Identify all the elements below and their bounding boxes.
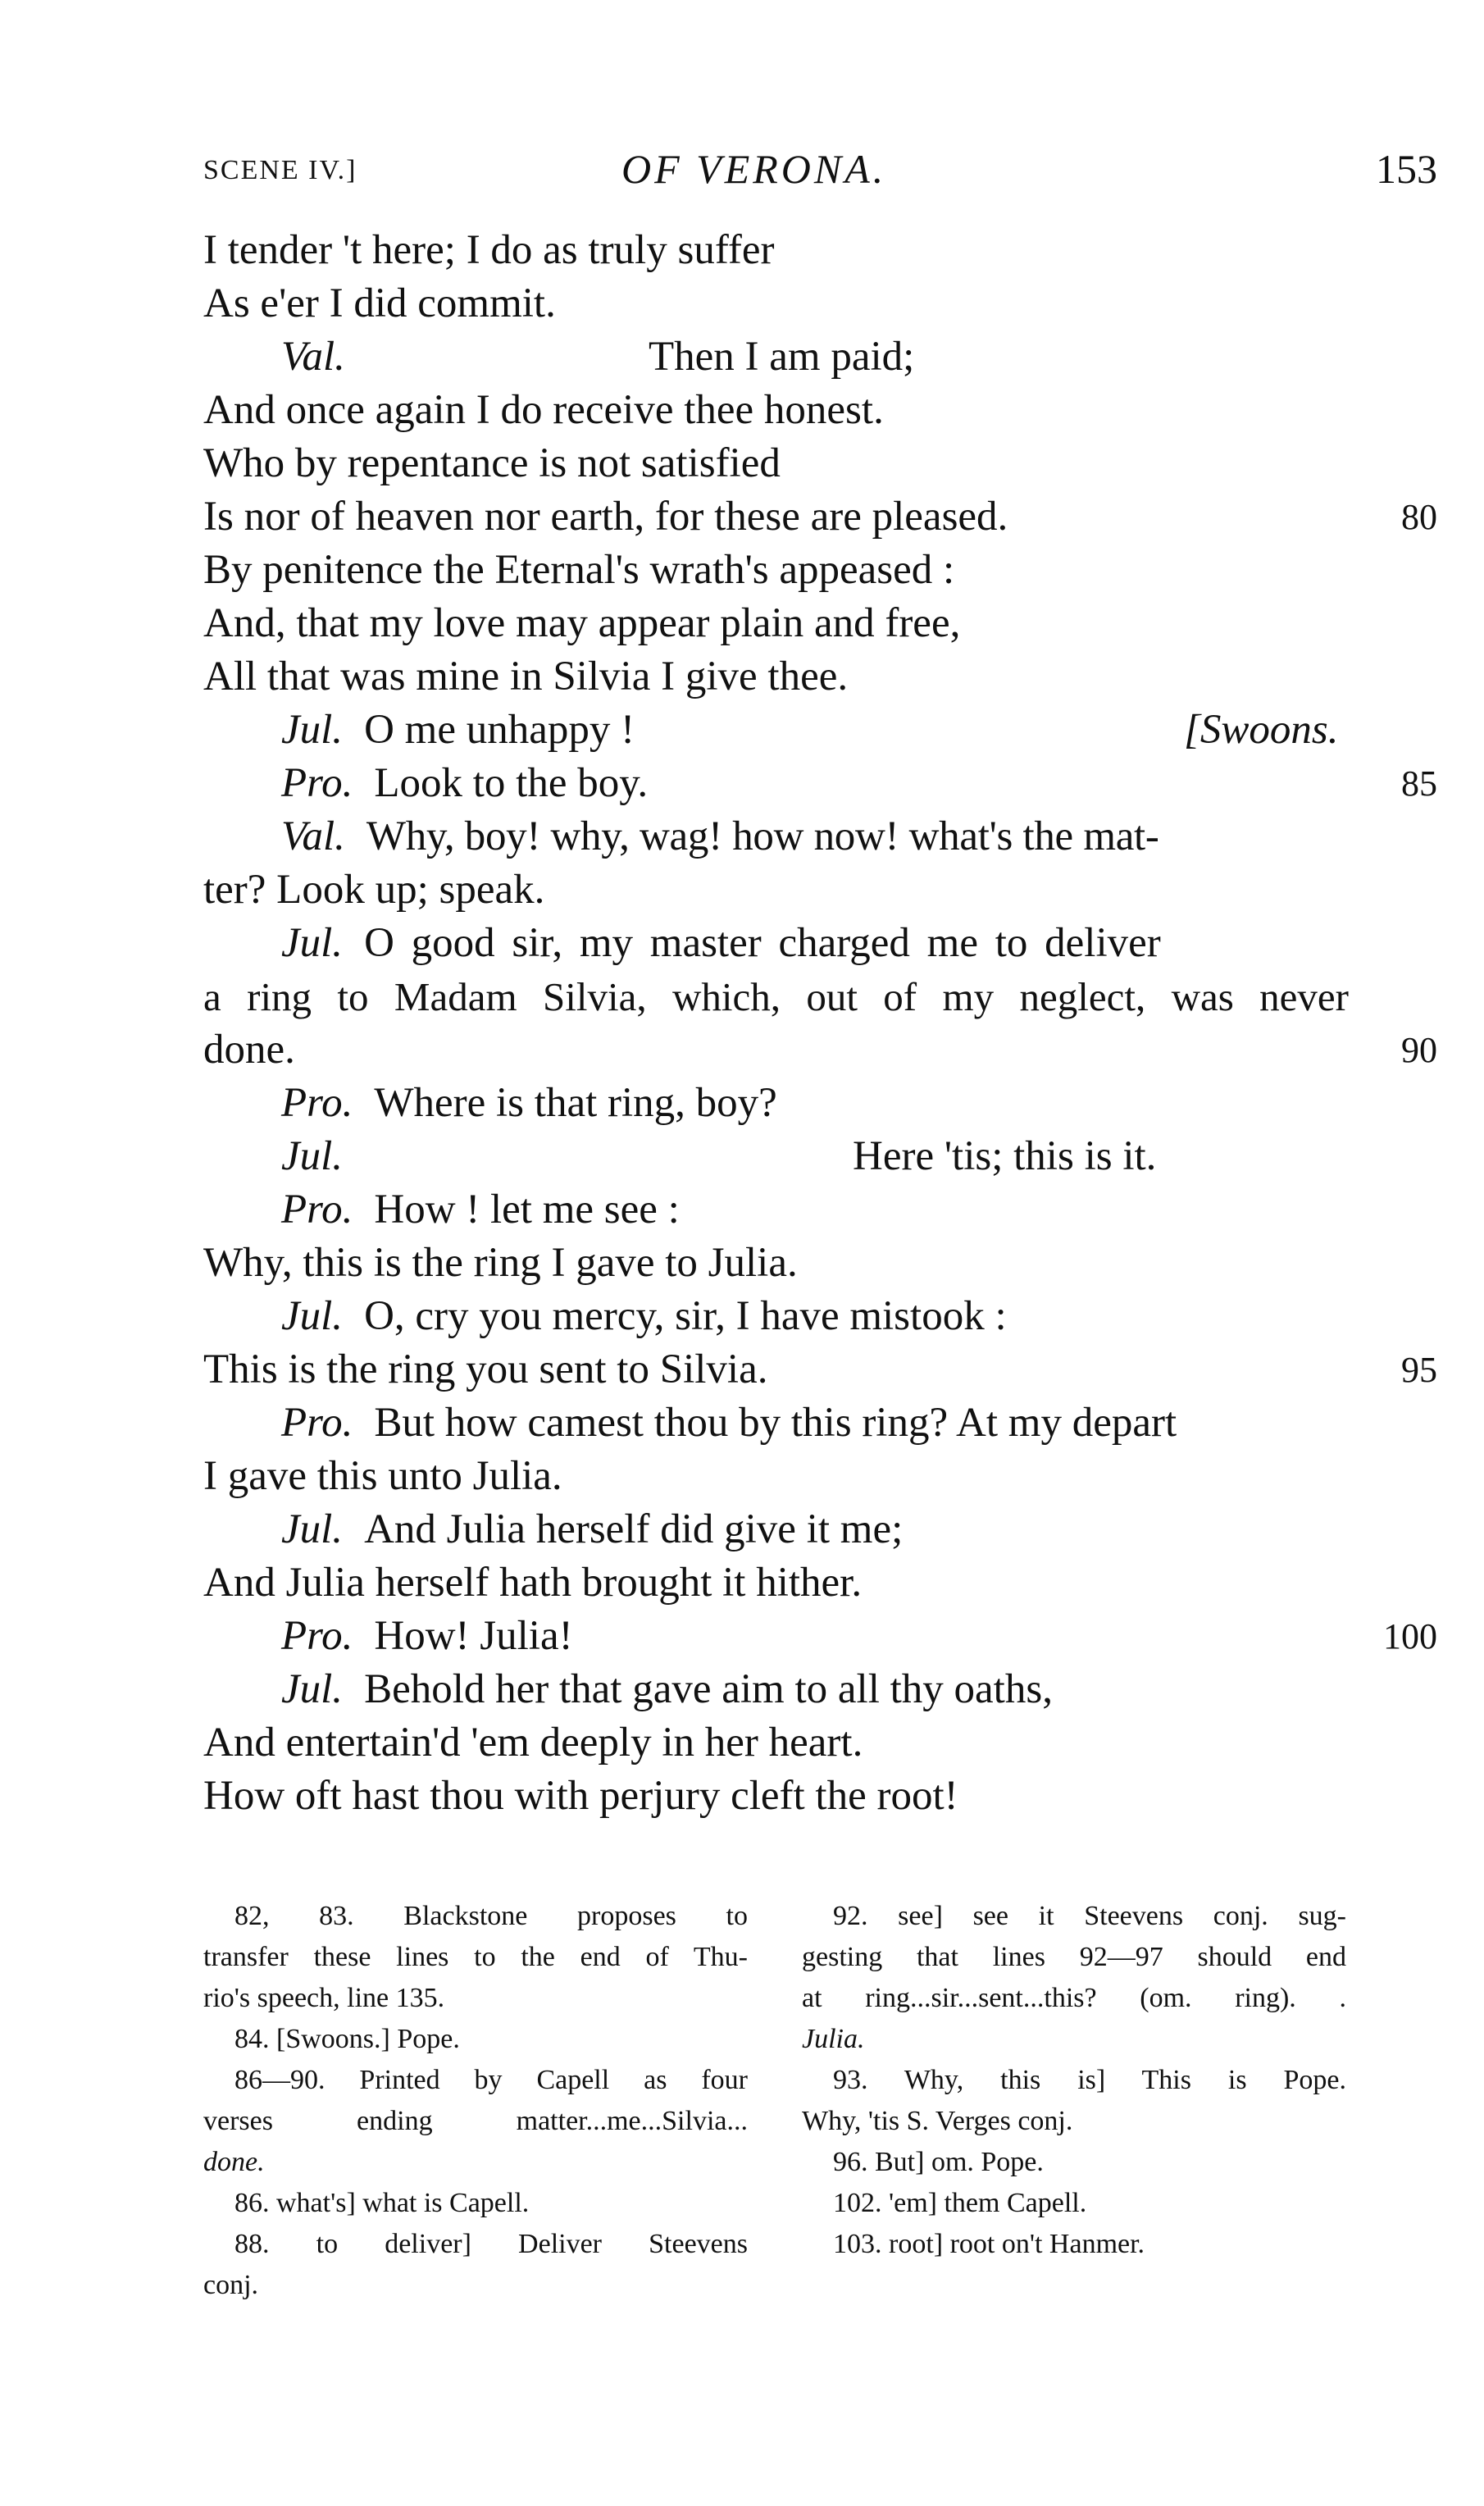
speaker-name: Pro. xyxy=(281,1397,353,1450)
verse-line-text: And entertain'd 'em deeply in her heart. xyxy=(203,1720,863,1766)
verse-line-text: But how camest thou by this ring? At my … xyxy=(374,1400,1177,1446)
verse-line-text: Why, boy! why, wag! how now! what's the … xyxy=(366,813,1159,859)
footnote-line: 92. see] see it Steevens conj. sug- xyxy=(802,1896,1346,1937)
verse-line-text: O, cry you mercy, sir, I have mistook : xyxy=(364,1293,1007,1339)
verse-line-text: I gave this unto Julia. xyxy=(203,1453,562,1499)
verse-line-text: And, that my love may appear plain and f… xyxy=(203,600,960,646)
verse-line-text: This is the ring you sent to Silvia. xyxy=(203,1346,767,1392)
footnote-line: 103. root] root on't Hanmer. xyxy=(802,2224,1346,2265)
speaker-name: Pro. xyxy=(281,1610,353,1663)
verse-line: Is nor of heaven nor earth, for these ar… xyxy=(203,490,1351,544)
verse-line-text: O good sir, my master charged me to deli… xyxy=(364,920,1161,966)
verse-line: Pro.But how camest thou by this ring? At… xyxy=(203,1397,1351,1450)
verse-line: Jul.O, cry you mercy, sir, I have mistoo… xyxy=(203,1290,1351,1343)
footnote-line: 82, 83. Blackstone proposes to xyxy=(203,1896,748,1937)
verse-line: a ring to Madam Silvia, which, out of my… xyxy=(203,970,1351,1023)
verse-line: Who by repentance is not satisfied xyxy=(203,437,1351,490)
speaker-name: Val. xyxy=(281,810,345,863)
speaker-name: Pro. xyxy=(281,757,353,810)
verse-line: Jul.Behold her that gave aim to all thy … xyxy=(203,1663,1351,1716)
verse-line: And Julia herself hath brought it hither… xyxy=(203,1556,1351,1610)
verse-line: Jul.And Julia herself did give it me; xyxy=(203,1503,1351,1556)
footnote-line: 86—90. Printed by Capell as four xyxy=(203,2060,748,2101)
page-number: 153 xyxy=(1376,146,1437,192)
footnote-line: 96. But] om. Pope. xyxy=(802,2142,1346,2183)
verse-line: Pro.Where is that ring, boy? xyxy=(203,1077,1351,1130)
verse-line-text: Is nor of heaven nor earth, for these ar… xyxy=(203,494,1008,540)
stage-direction: [Swoons. xyxy=(1184,704,1338,757)
verse-line: done. xyxy=(203,1023,1351,1077)
verse-line: Pro.How! Julia! xyxy=(203,1610,1351,1663)
verse-line-text: All that was mine in Silvia I give thee. xyxy=(203,654,848,699)
speaker-name: Jul. xyxy=(281,1290,343,1343)
footnote-line: Why, 'tis S. Verges conj. xyxy=(802,2101,1346,2142)
footnote-line: 88. to deliver] Deliver Steevens xyxy=(203,2224,748,2265)
verse-line: Jul.O me unhappy ![Swoons. xyxy=(203,704,1351,757)
verse-line: How oft hast thou with perjury cleft the… xyxy=(203,1770,1351,1823)
speaker-name: Jul. xyxy=(281,917,343,970)
verse-line: Pro.How ! let me see : xyxy=(203,1183,1351,1237)
line-number: 95 xyxy=(1401,1343,1437,1397)
verse-line-text: a ring to Madam Silvia, which, out of my… xyxy=(203,970,1349,1023)
verse-line: Jul.Here 'tis; this is it. xyxy=(203,1130,1351,1183)
verse-line-text: How oft hast thou with perjury cleft the… xyxy=(203,1773,958,1819)
speaker-name: Jul. xyxy=(281,1663,343,1716)
verse-line-text: O me unhappy ! xyxy=(364,707,635,753)
verse-line: And entertain'd 'em deeply in her heart. xyxy=(203,1716,1351,1770)
verse-line-text: And once again I do receive thee honest. xyxy=(203,387,884,433)
verse-line: Val.Then I am paid; xyxy=(203,330,1351,384)
verse-line: Val.Why, boy! why, wag! how now! what's … xyxy=(203,810,1351,863)
verse-line: By penitence the Eternal's wrath's appea… xyxy=(203,544,1351,597)
footnote-line: 84. [Swoons.] Pope. xyxy=(203,2019,748,2060)
verse-line-text: As e'er I did commit. xyxy=(203,280,556,326)
verse-line: Why, this is the ring I gave to Julia. xyxy=(203,1237,1351,1290)
verse-line-text: How! Julia! xyxy=(374,1613,572,1659)
book-page: SCENE IV.] OF VERONA. 153 I tender 't he… xyxy=(0,0,1484,2506)
verse-line: This is the ring you sent to Silvia. xyxy=(203,1343,1351,1397)
verse-line-text: done. xyxy=(203,1027,295,1073)
verse-line-text: Here 'tis; this is it. xyxy=(853,1130,1156,1183)
verse-line-text: ter? Look up; speak. xyxy=(203,867,544,913)
line-number: 90 xyxy=(1401,1023,1437,1077)
line-number: 80 xyxy=(1401,490,1437,544)
speaker-name: Jul. xyxy=(281,1130,343,1183)
verse-line-text: Where is that ring, boy? xyxy=(374,1080,776,1126)
verse-line-text: And Julia herself did give it me; xyxy=(364,1506,903,1552)
footnote-line: Julia. xyxy=(802,2019,1346,2060)
verse-line-text: Why, this is the ring I gave to Julia. xyxy=(203,1240,798,1286)
running-header: SCENE IV.] OF VERONA. 153 xyxy=(0,0,1484,197)
verse-line: Jul.O good sir, my master charged me to … xyxy=(203,917,1351,970)
verse-line: All that was mine in Silvia I give thee. xyxy=(203,650,1351,704)
verse-line-text: I tender 't here; I do as truly suffer xyxy=(203,227,775,273)
scene-label: SCENE IV.] xyxy=(203,153,357,189)
verse-line: And, that my love may appear plain and f… xyxy=(203,597,1351,650)
footnote-line: at ring...sir...sent...this? (om. ring).… xyxy=(802,1978,1346,2019)
verse-line-text: And Julia herself hath brought it hither… xyxy=(203,1560,862,1606)
running-title: OF VERONA. xyxy=(621,146,886,192)
speaker-name: Pro. xyxy=(281,1183,353,1237)
footnote-line: done. xyxy=(203,2142,748,2183)
footnote-line: 93. Why, this is] This is Pope. xyxy=(802,2060,1346,2101)
speaker-name: Jul. xyxy=(281,1503,343,1556)
verse-line: ter? Look up; speak. xyxy=(203,863,1351,917)
speaker-name: Val. xyxy=(281,330,345,384)
footnote-line: conj. xyxy=(203,2265,748,2306)
verse-line: I gave this unto Julia. xyxy=(203,1450,1351,1503)
verse-line-text: Who by repentance is not satisfied xyxy=(203,440,781,486)
speaker-name: Jul. xyxy=(281,704,343,757)
verse-line: As e'er I did commit. xyxy=(203,277,1351,330)
line-number: 85 xyxy=(1401,757,1437,810)
verse-line-text: Then I am paid; xyxy=(649,330,914,384)
footnote-line: 102. 'em] them Capell. xyxy=(802,2183,1346,2224)
line-number: 100 xyxy=(1383,1610,1437,1663)
footnote-line: rio's speech, line 135. xyxy=(203,1978,748,2019)
verse-line-text: Behold her that gave aim to all thy oath… xyxy=(364,1666,1053,1712)
verse-line: And once again I do receive thee honest. xyxy=(203,384,1351,437)
footnote-line: transfer these lines to the end of Thu- xyxy=(203,1937,748,1978)
verse-line-text: How ! let me see : xyxy=(374,1187,679,1232)
verse-line-text: By penitence the Eternal's wrath's appea… xyxy=(203,547,954,593)
footnote-line: verses ending matter...me...Silvia... xyxy=(203,2101,748,2142)
verse-line: Pro.Look to the boy. xyxy=(203,757,1351,810)
footnote-line: 86. what's] what is Capell. xyxy=(203,2183,748,2224)
verse-line-text: Look to the boy. xyxy=(374,760,648,806)
footnote-line: gesting that lines 92—97 should end xyxy=(802,1937,1346,1978)
speaker-name: Pro. xyxy=(281,1077,353,1130)
verse-line: I tender 't here; I do as truly suffer xyxy=(203,224,1351,277)
